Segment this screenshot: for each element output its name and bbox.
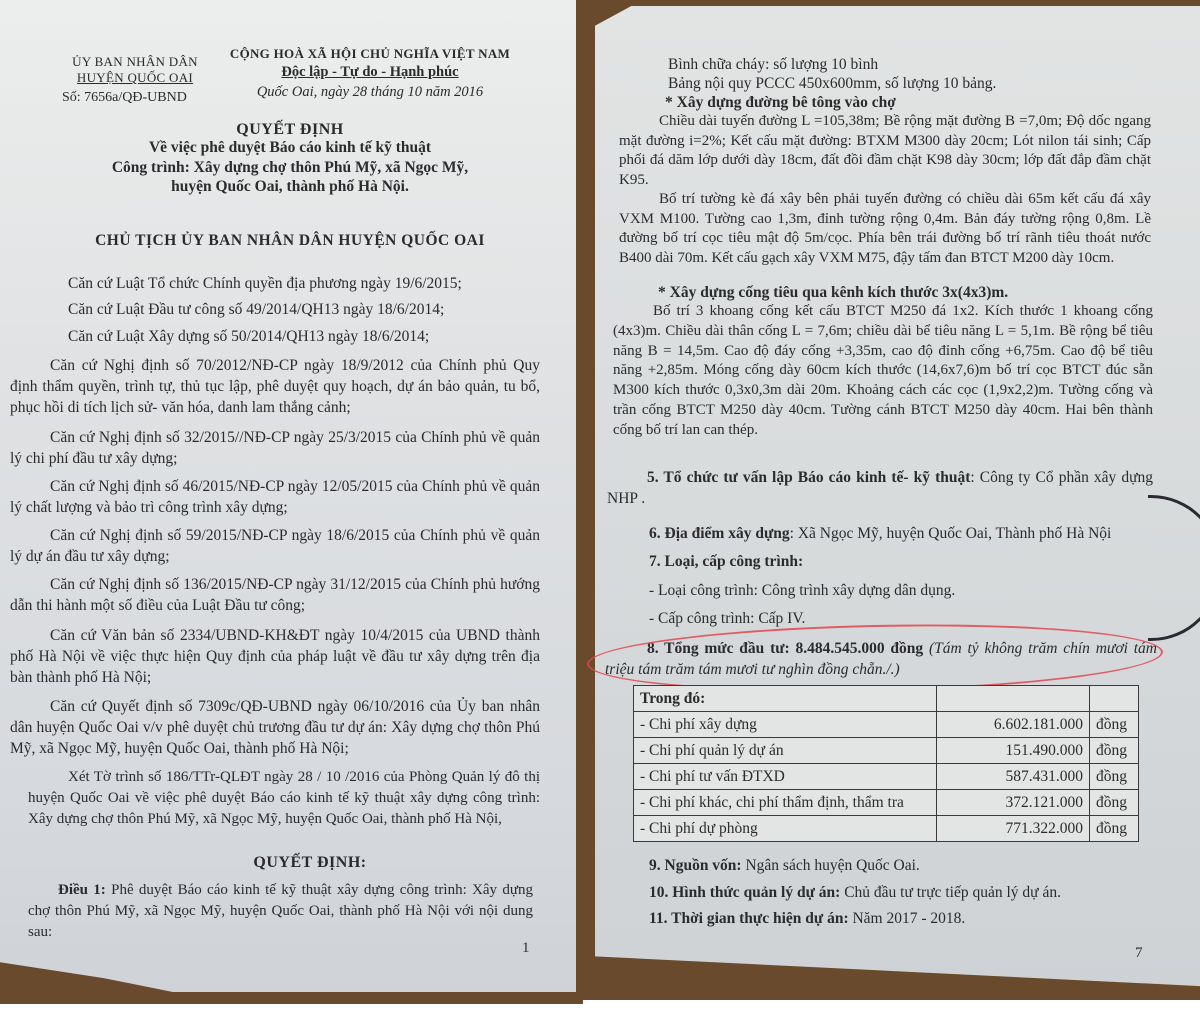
left-page-photo: ỦY BAN NHÂN DÂN HUYỆN QUỐC OAI Số: 7656a…: [0, 0, 583, 1004]
table-row: - Chi phí dự phòng 771.322.000 đồng: [634, 816, 1139, 842]
subject-line-2: Công trình: Xây dựng chợ thôn Phú Mỹ, xã…: [60, 158, 520, 178]
legal-basis-4: Căn cứ Nghị định số 70/2012/NĐ-CP ngày 1…: [10, 355, 540, 418]
subject-line-3: huyện Quốc Oai, thành phố Hà Nội.: [60, 177, 520, 197]
cost-item: - Chi phí dự phòng: [634, 816, 937, 842]
fire-extinguisher-line: Bình chữa cháy: số lượng 10 bình: [668, 55, 878, 75]
decision-heading: QUYẾT ĐỊNH:: [160, 853, 460, 873]
item-6-value: : Xã Ngọc Mỹ, huyện Quốc Oai, Thành phố …: [790, 525, 1112, 542]
table-header-label: Trong đó:: [634, 686, 937, 712]
legal-basis-3: Căn cứ Luật Xây dựng số 50/2014/QH13 ngà…: [28, 326, 538, 347]
right-page-photo: Bình chữa cháy: số lượng 10 bình Bảng nộ…: [583, 0, 1200, 1000]
table-header-empty-unit: [1090, 686, 1139, 712]
legal-basis-1: Căn cứ Luật Tổ chức Chính quyền địa phươ…: [28, 273, 538, 294]
cost-amount: 372.121.000: [937, 790, 1090, 816]
culvert-heading: * Xây dựng cống tiêu qua kênh kích thước…: [658, 283, 1008, 303]
submission-review: Xét Tờ trình số 186/TTr-QLĐT ngày 28 / 1…: [28, 767, 540, 830]
item-6-label: 6. Địa điểm xây dựng: [649, 525, 790, 542]
cost-item: - Chi phí xây dựng: [634, 712, 937, 738]
right-page-number: 7: [1135, 945, 1143, 962]
national-motto: Độc lập - Tự do - Hạnh phúc: [220, 62, 520, 82]
item-10-label: 10. Hình thức quản lý dự án:: [649, 884, 840, 901]
cost-unit: đồng: [1090, 712, 1139, 738]
item-11-timeline: 11. Thời gian thực hiện dự án: Năm 2017 …: [649, 909, 965, 929]
table-header-row: Trong đó:: [634, 686, 1139, 712]
item-11-value: Năm 2017 - 2018.: [849, 910, 966, 927]
retaining-wall-description: Bố trí tường kè đá xây bên phải tuyến đư…: [619, 190, 1151, 268]
table-header-empty-amount: [937, 686, 1090, 712]
legal-basis-6: Căn cứ Nghị định số 46/2015/NĐ-CP ngày 1…: [10, 476, 540, 518]
left-page-number: 1: [522, 940, 530, 957]
official-stamp-partial: [1148, 495, 1200, 641]
document-number: Số: 7656a/QĐ-UBND: [62, 88, 187, 108]
document-date: Quốc Oai, ngày 28 tháng 10 năm 2016: [220, 82, 520, 102]
subject-line-1: Về việc phê duyệt Báo cáo kinh tế kỹ thu…: [60, 138, 520, 158]
article-1: Điều 1: Phê duyệt Báo cáo kinh tế kỹ thu…: [28, 880, 533, 943]
cost-amount: 151.490.000: [937, 738, 1090, 764]
item-10-management: 10. Hình thức quản lý dự án: Chủ đầu tư …: [649, 883, 1061, 903]
item-7-type: - Loại công trình: Công trình xây dựng d…: [649, 581, 955, 601]
item-6-location: 6. Địa điểm xây dựng: Xã Ngọc Mỹ, huyện …: [649, 524, 1111, 544]
legal-basis-2: Căn cứ Luật Đầu tư công số 49/2014/QH13 …: [28, 299, 538, 320]
legal-basis-9: Căn cứ Văn bản số 2334/UBND-KH&ĐT ngày 1…: [10, 625, 540, 688]
legal-basis-8: Căn cứ Nghị định số 136/2015/NĐ-CP ngày …: [10, 574, 540, 616]
national-title: CỘNG HOÀ XÃ HỘI CHỦ NGHĨA VIỆT NAM: [220, 44, 520, 64]
fire-rules-board-line: Bảng nội quy PCCC 450x600mm, số lượng 10…: [668, 74, 996, 94]
item-9-label: 9. Nguồn vốn:: [649, 857, 742, 874]
cost-unit: đồng: [1090, 764, 1139, 790]
cost-amount: 6.602.181.000: [937, 712, 1090, 738]
legal-basis-10: Căn cứ Quyết định số 7309c/QĐ-UBND ngày …: [10, 696, 540, 759]
cost-amount: 587.431.000: [937, 764, 1090, 790]
legal-basis-7: Căn cứ Nghị định số 59/2015/NĐ-CP ngày 1…: [10, 525, 540, 567]
cost-item: - Chi phí tư vấn ĐTXD: [634, 764, 937, 790]
legal-basis-5: Căn cứ Nghị định số 32/2015//NĐ-CP ngày …: [10, 427, 540, 469]
cost-breakdown-table: Trong đó: - Chi phí xây dựng 6.602.181.0…: [633, 685, 1139, 842]
item-11-label: 11. Thời gian thực hiện dự án:: [649, 910, 849, 927]
cost-item: - Chi phí khác, chi phí thẩm định, thẩm …: [634, 790, 937, 816]
culvert-description: Bố trí 3 khoang cống kết cấu BTCT M250 đ…: [613, 302, 1153, 441]
road-description: Chiều dài tuyến đường L =105,38m; Bề rộn…: [619, 112, 1151, 190]
document-title: QUYẾT ĐỊNH: [100, 120, 480, 140]
item-5-label: 5. Tổ chức tư vấn lập Báo cáo kinh tế- k…: [647, 469, 970, 486]
org-name-line2: HUYỆN QUỐC OAI: [60, 68, 210, 88]
article-1-label: Điều 1:: [28, 882, 106, 898]
item-10-value: Chủ đầu tư trực tiếp quản lý dự án.: [840, 884, 1061, 901]
item-9-funding: 9. Nguồn vốn: Ngân sách huyện Quốc Oai.: [649, 856, 920, 876]
table-row: - Chi phí khác, chi phí thẩm định, thẩm …: [634, 790, 1139, 816]
cost-unit: đồng: [1090, 738, 1139, 764]
cost-unit: đồng: [1090, 790, 1139, 816]
item-9-value: Ngân sách huyện Quốc Oai.: [742, 857, 920, 874]
item-5-consultant: 5. Tổ chức tư vấn lập Báo cáo kinh tế- k…: [607, 467, 1153, 509]
road-heading: * Xây dựng đường bê tông vào chợ: [665, 93, 896, 113]
issuing-authority: CHỦ TỊCH ỦY BAN NHÂN DÂN HUYỆN QUỐC OAI: [70, 231, 510, 251]
table-row: - Chi phí tư vấn ĐTXD 587.431.000 đồng: [634, 764, 1139, 790]
item-7-heading: 7. Loại, cấp công trình:: [649, 552, 803, 572]
table-row: - Chi phí xây dựng 6.602.181.000 đồng: [634, 712, 1139, 738]
cost-unit: đồng: [1090, 816, 1139, 842]
item-7-grade: - Cấp công trình: Cấp IV.: [649, 609, 805, 629]
cost-amount: 771.322.000: [937, 816, 1090, 842]
table-row: - Chi phí quản lý dự án 151.490.000 đồng: [634, 738, 1139, 764]
cost-item: - Chi phí quản lý dự án: [634, 738, 937, 764]
